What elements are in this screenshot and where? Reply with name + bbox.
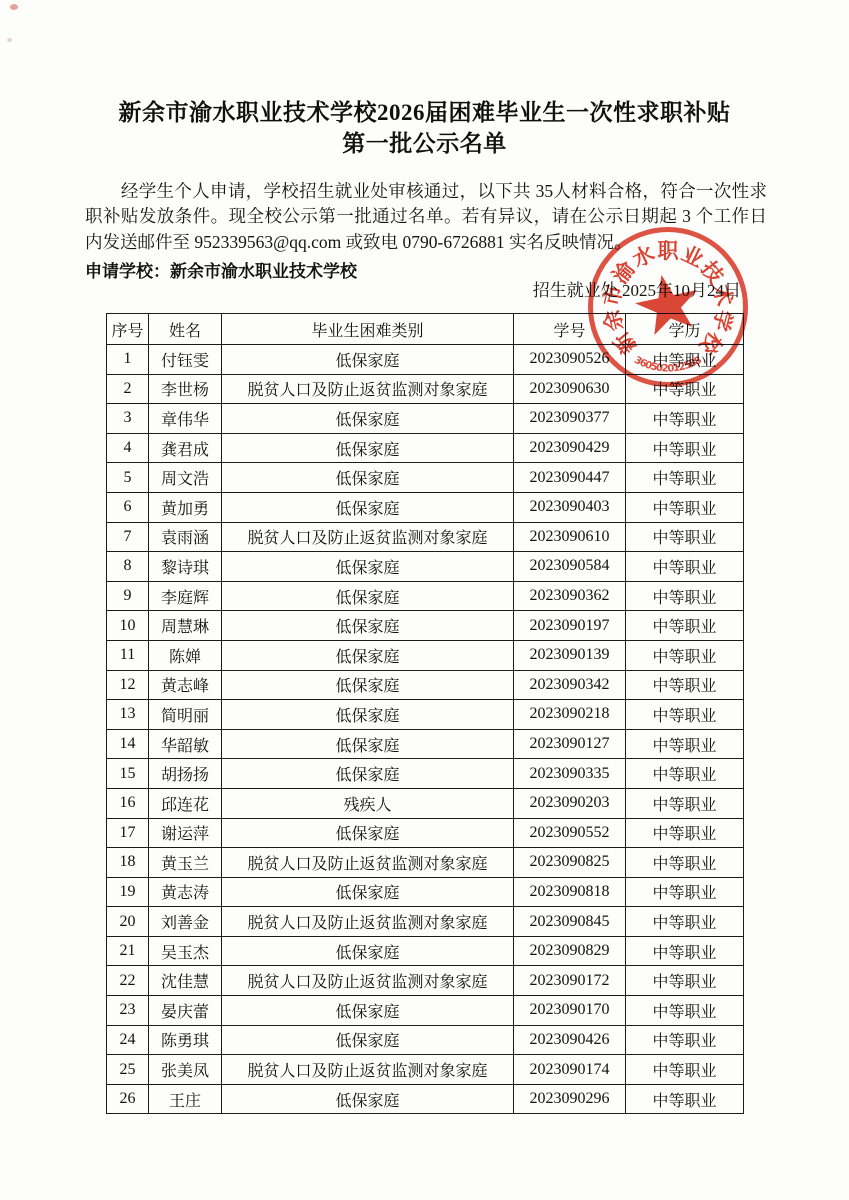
col-header-education: 学历 xyxy=(626,314,744,345)
cell-index: 23 xyxy=(107,996,149,1026)
cell-name: 黄志涛 xyxy=(149,877,222,907)
col-header-index: 序号 xyxy=(107,314,149,345)
table-row: 16邱连花残疾人2023090203中等职业 xyxy=(107,788,744,818)
cell-category: 脱贫人口及防止返贫监测对象家庭 xyxy=(222,374,514,404)
cell-education: 中等职业 xyxy=(626,640,744,670)
cell-student-id: 2023090429 xyxy=(514,433,626,463)
cell-student-id: 2023090296 xyxy=(514,1084,626,1114)
cell-education: 中等职业 xyxy=(626,788,744,818)
cell-index: 25 xyxy=(107,1055,149,1085)
cell-student-id: 2023090218 xyxy=(514,700,626,730)
cell-name: 黎诗琪 xyxy=(149,552,222,582)
cell-education: 中等职业 xyxy=(626,492,744,522)
table-row: 20刘善金脱贫人口及防止返贫监测对象家庭2023090845中等职业 xyxy=(107,907,744,937)
title-line-1: 新余市渝水职业技术学校2026届困难毕业生一次性求职补贴 xyxy=(0,97,849,128)
table-row: 19黄志涛低保家庭2023090818中等职业 xyxy=(107,877,744,907)
cell-name: 王庄 xyxy=(149,1084,222,1114)
cell-student-id: 2023090552 xyxy=(514,818,626,848)
cell-student-id: 2023090197 xyxy=(514,611,626,641)
cell-name: 刘善金 xyxy=(149,907,222,937)
cell-category: 低保家庭 xyxy=(222,759,514,789)
cell-education: 中等职业 xyxy=(626,374,744,404)
cell-category: 低保家庭 xyxy=(222,463,514,493)
cell-index: 21 xyxy=(107,936,149,966)
cell-category: 脱贫人口及防止返贫监测对象家庭 xyxy=(222,522,514,552)
cell-category: 低保家庭 xyxy=(222,996,514,1026)
cell-education: 中等职业 xyxy=(626,848,744,878)
cell-student-id: 2023090172 xyxy=(514,966,626,996)
cell-student-id: 2023090335 xyxy=(514,759,626,789)
cell-index: 8 xyxy=(107,552,149,582)
cell-index: 15 xyxy=(107,759,149,789)
table-row: 15胡扬扬低保家庭2023090335中等职业 xyxy=(107,759,744,789)
cell-education: 中等职业 xyxy=(626,611,744,641)
cell-name: 李庭辉 xyxy=(149,581,222,611)
cell-category: 低保家庭 xyxy=(222,404,514,434)
cell-name: 沈佳慧 xyxy=(149,966,222,996)
cell-category: 低保家庭 xyxy=(222,345,514,375)
issuer-date-line: 招生就业处 2025年10月24日 xyxy=(0,276,741,301)
cell-name: 黄玉兰 xyxy=(149,848,222,878)
page-title: 新余市渝水职业技术学校2026届困难毕业生一次性求职补贴 第一批公示名单 xyxy=(0,97,849,159)
cell-student-id: 2023090377 xyxy=(514,404,626,434)
cell-name: 章伟华 xyxy=(149,404,222,434)
cell-index: 24 xyxy=(107,1025,149,1055)
cell-education: 中等职业 xyxy=(626,700,744,730)
table-row: 6黄加勇低保家庭2023090403中等职业 xyxy=(107,492,744,522)
cell-name: 黄加勇 xyxy=(149,492,222,522)
cell-student-id: 2023090845 xyxy=(514,907,626,937)
cell-name: 袁雨涵 xyxy=(149,522,222,552)
cell-education: 中等职业 xyxy=(626,433,744,463)
table-row: 4龚君成低保家庭2023090429中等职业 xyxy=(107,433,744,463)
table-header-row: 序号姓名毕业生困难类别学号学历 xyxy=(107,314,744,345)
cell-name: 华韶敏 xyxy=(149,729,222,759)
cell-name: 李世杨 xyxy=(149,374,222,404)
cell-name: 周慧琳 xyxy=(149,611,222,641)
cell-education: 中等职业 xyxy=(626,552,744,582)
cell-student-id: 2023090630 xyxy=(514,374,626,404)
table-row: 9李庭辉低保家庭2023090362中等职业 xyxy=(107,581,744,611)
cell-category: 低保家庭 xyxy=(222,552,514,582)
table-row: 3章伟华低保家庭2023090377中等职业 xyxy=(107,404,744,434)
cell-education: 中等职业 xyxy=(626,759,744,789)
cell-student-id: 2023090426 xyxy=(514,1025,626,1055)
table-row: 7袁雨涵脱贫人口及防止返贫监测对象家庭2023090610中等职业 xyxy=(107,522,744,552)
cell-index: 7 xyxy=(107,522,149,552)
cell-category: 低保家庭 xyxy=(222,729,514,759)
table-row: 22沈佳慧脱贫人口及防止返贫监测对象家庭2023090172中等职业 xyxy=(107,966,744,996)
cell-category: 低保家庭 xyxy=(222,492,514,522)
cell-student-id: 2023090170 xyxy=(514,996,626,1026)
cell-category: 低保家庭 xyxy=(222,936,514,966)
col-header-student-id: 学号 xyxy=(514,314,626,345)
cell-name: 吴玉杰 xyxy=(149,936,222,966)
cell-education: 中等职业 xyxy=(626,1025,744,1055)
title-line-2: 第一批公示名单 xyxy=(0,128,849,159)
cell-category: 低保家庭 xyxy=(222,1084,514,1114)
table-row: 18黄玉兰脱贫人口及防止返贫监测对象家庭2023090825中等职业 xyxy=(107,848,744,878)
cell-index: 26 xyxy=(107,1084,149,1114)
cell-index: 16 xyxy=(107,788,149,818)
table-row: 26王庄低保家庭2023090296中等职业 xyxy=(107,1084,744,1114)
cell-education: 中等职业 xyxy=(626,996,744,1026)
cell-student-id: 2023090818 xyxy=(514,877,626,907)
cell-education: 中等职业 xyxy=(626,345,744,375)
cell-index: 2 xyxy=(107,374,149,404)
cell-student-id: 2023090342 xyxy=(514,670,626,700)
cell-student-id: 2023090610 xyxy=(514,522,626,552)
cell-name: 邱连花 xyxy=(149,788,222,818)
cell-name: 付钰雯 xyxy=(149,345,222,375)
cell-education: 中等职业 xyxy=(626,936,744,966)
cell-name: 胡扬扬 xyxy=(149,759,222,789)
cell-education: 中等职业 xyxy=(626,818,744,848)
intro-paragraph: 经学生个人申请，学校招生就业处审核通过，以下共 35人材料合格，符合一次性求职补… xyxy=(85,179,767,255)
table-row: 8黎诗琪低保家庭2023090584中等职业 xyxy=(107,552,744,582)
cell-education: 中等职业 xyxy=(626,581,744,611)
cell-education: 中等职业 xyxy=(626,877,744,907)
cell-education: 中等职业 xyxy=(626,1084,744,1114)
cell-category: 低保家庭 xyxy=(222,433,514,463)
table-row: 11陈婵低保家庭2023090139中等职业 xyxy=(107,640,744,670)
cell-name: 谢运萍 xyxy=(149,818,222,848)
cell-education: 中等职业 xyxy=(626,729,744,759)
cell-name: 简明丽 xyxy=(149,700,222,730)
cell-education: 中等职业 xyxy=(626,966,744,996)
cell-education: 中等职业 xyxy=(626,522,744,552)
cell-student-id: 2023090526 xyxy=(514,345,626,375)
cell-education: 中等职业 xyxy=(626,670,744,700)
cell-index: 18 xyxy=(107,848,149,878)
cell-education: 中等职业 xyxy=(626,1055,744,1085)
table-row: 12黄志峰低保家庭2023090342中等职业 xyxy=(107,670,744,700)
cell-index: 4 xyxy=(107,433,149,463)
cell-index: 9 xyxy=(107,581,149,611)
cell-name: 陈勇琪 xyxy=(149,1025,222,1055)
cell-student-id: 2023090447 xyxy=(514,463,626,493)
table-body: 1付钰雯低保家庭2023090526中等职业2李世杨脱贫人口及防止返贫监测对象家… xyxy=(107,345,744,1114)
cell-name: 龚君成 xyxy=(149,433,222,463)
cell-category: 脱贫人口及防止返贫监测对象家庭 xyxy=(222,907,514,937)
cell-index: 13 xyxy=(107,700,149,730)
cell-student-id: 2023090174 xyxy=(514,1055,626,1085)
cell-education: 中等职业 xyxy=(626,463,744,493)
cell-index: 17 xyxy=(107,818,149,848)
table-row: 14华韶敏低保家庭2023090127中等职业 xyxy=(107,729,744,759)
cell-index: 12 xyxy=(107,670,149,700)
cell-index: 14 xyxy=(107,729,149,759)
document-page: 新余市渝水职业技术学校2026届困难毕业生一次性求职补贴 第一批公示名单 经学生… xyxy=(0,0,849,1200)
cell-category: 脱贫人口及防止返贫监测对象家庭 xyxy=(222,966,514,996)
table-row: 5周文浩低保家庭2023090447中等职业 xyxy=(107,463,744,493)
roster-table: 序号姓名毕业生困难类别学号学历 1付钰雯低保家庭2023090526中等职业2李… xyxy=(106,313,744,1114)
cell-student-id: 2023090403 xyxy=(514,492,626,522)
cell-category: 低保家庭 xyxy=(222,611,514,641)
cell-education: 中等职业 xyxy=(626,404,744,434)
table-row: 13简明丽低保家庭2023090218中等职业 xyxy=(107,700,744,730)
col-header-name: 姓名 xyxy=(149,314,222,345)
cell-category: 低保家庭 xyxy=(222,700,514,730)
cell-category: 低保家庭 xyxy=(222,670,514,700)
cell-index: 20 xyxy=(107,907,149,937)
table-row: 10周慧琳低保家庭2023090197中等职业 xyxy=(107,611,744,641)
cell-index: 11 xyxy=(107,640,149,670)
cell-index: 10 xyxy=(107,611,149,641)
cell-name: 张美凤 xyxy=(149,1055,222,1085)
cell-index: 6 xyxy=(107,492,149,522)
cell-index: 1 xyxy=(107,345,149,375)
cell-name: 陈婵 xyxy=(149,640,222,670)
cell-student-id: 2023090139 xyxy=(514,640,626,670)
cell-student-id: 2023090127 xyxy=(514,729,626,759)
cell-student-id: 2023090829 xyxy=(514,936,626,966)
cell-category: 低保家庭 xyxy=(222,581,514,611)
cell-name: 晏庆蕾 xyxy=(149,996,222,1026)
cell-index: 22 xyxy=(107,966,149,996)
cell-index: 3 xyxy=(107,404,149,434)
cell-category: 脱贫人口及防止返贫监测对象家庭 xyxy=(222,848,514,878)
cell-student-id: 2023090825 xyxy=(514,848,626,878)
cell-student-id: 2023090584 xyxy=(514,552,626,582)
cell-category: 低保家庭 xyxy=(222,877,514,907)
col-header-category: 毕业生困难类别 xyxy=(222,314,514,345)
cell-category: 残疾人 xyxy=(222,788,514,818)
table-row: 23晏庆蕾低保家庭2023090170中等职业 xyxy=(107,996,744,1026)
table-row: 24陈勇琪低保家庭2023090426中等职业 xyxy=(107,1025,744,1055)
cell-category: 低保家庭 xyxy=(222,818,514,848)
table-row: 1付钰雯低保家庭2023090526中等职业 xyxy=(107,345,744,375)
cell-student-id: 2023090362 xyxy=(514,581,626,611)
table-row: 17谢运萍低保家庭2023090552中等职业 xyxy=(107,818,744,848)
cell-education: 中等职业 xyxy=(626,907,744,937)
cell-name: 周文浩 xyxy=(149,463,222,493)
cell-index: 19 xyxy=(107,877,149,907)
cell-category: 脱贫人口及防止返贫监测对象家庭 xyxy=(222,1055,514,1085)
scan-artifact-speck xyxy=(10,4,18,10)
cell-category: 低保家庭 xyxy=(222,1025,514,1055)
cell-student-id: 2023090203 xyxy=(514,788,626,818)
table-row: 25张美凤脱贫人口及防止返贫监测对象家庭2023090174中等职业 xyxy=(107,1055,744,1085)
scan-artifact-speck xyxy=(7,38,12,42)
cell-index: 5 xyxy=(107,463,149,493)
cell-category: 低保家庭 xyxy=(222,640,514,670)
table-row: 21吴玉杰低保家庭2023090829中等职业 xyxy=(107,936,744,966)
cell-name: 黄志峰 xyxy=(149,670,222,700)
table-row: 2李世杨脱贫人口及防止返贫监测对象家庭2023090630中等职业 xyxy=(107,374,744,404)
